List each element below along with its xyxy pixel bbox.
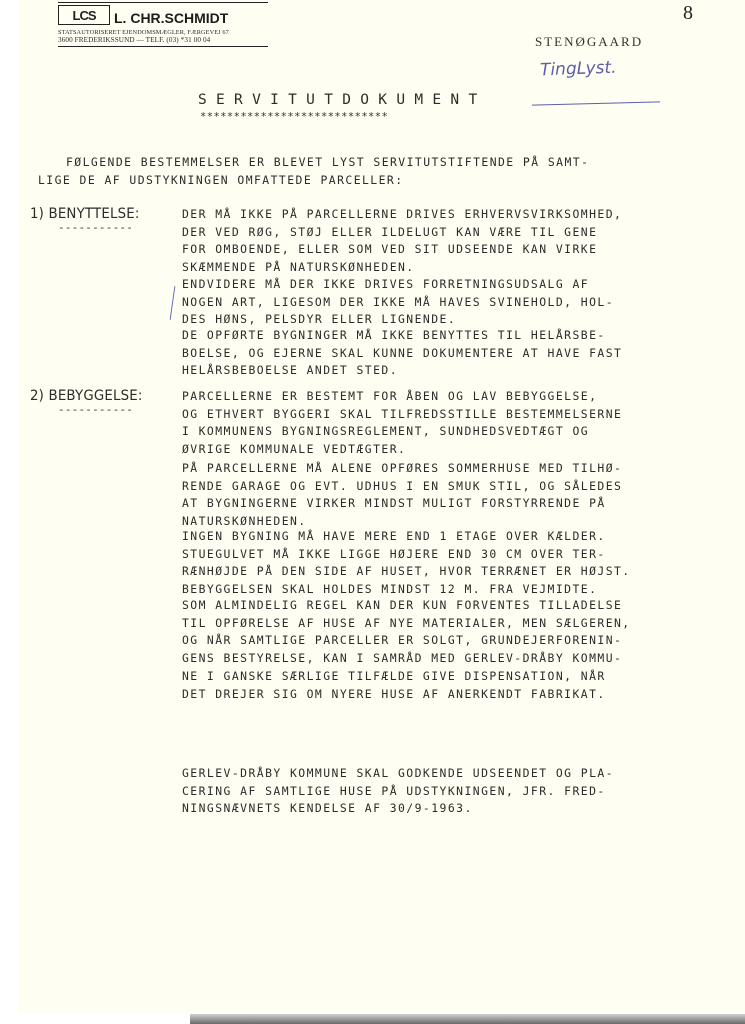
text-line: INGEN BYGNING MÅ HAVE MERE END 1 ETAGE O… <box>182 528 631 546</box>
text-line: HELÅRSBEBOELSE ANDET STED. <box>182 362 622 380</box>
text-line: DER MÅ IKKE PÅ PARCELLERNE DRIVES ERHVER… <box>182 206 622 224</box>
paragraph: SOM ALMINDELIG REGEL KAN DER KUN FORVENT… <box>182 597 631 703</box>
page-number: 8 <box>683 2 693 25</box>
paragraph: PARCELLERNE ER BESTEMT FOR ÅBEN OG LAV B… <box>182 388 622 459</box>
intro-line: FØLGENDE BESTEMMELSER ER BLEVET LYST SER… <box>38 154 589 172</box>
intro-line: LIGE DE AF UDSTYKNINGEN OMFATTEDE PARCEL… <box>38 172 589 190</box>
letterhead-phone: 3600 FREDERIKSSUND — TELF. (03) *31 00 0… <box>58 36 268 47</box>
document-title: SERVITUTDOKUMENT <box>198 92 486 108</box>
handwritten-note: TingLyst. <box>540 58 617 81</box>
paragraph: PÅ PARCELLERNE MÅ ALENE OPFØRES SOMMERHU… <box>182 460 622 531</box>
section-label-underline: ----------- <box>58 221 133 234</box>
estate-name-stamp: STENØGAARD <box>535 34 643 50</box>
text-line: DET DREJER SIG OM NYERE HUSE AF ANERKEND… <box>182 686 631 704</box>
text-line: NE I GANSKE SÆRLIGE TILFÆLDE GIVE DISPEN… <box>182 668 631 686</box>
paragraph: DER MÅ IKKE PÅ PARCELLERNE DRIVES ERHVER… <box>182 206 622 277</box>
text-line: SOM ALMINDELIG REGEL KAN DER KUN FORVENT… <box>182 597 631 615</box>
text-line: DER VED RØG, STØJ ELLER ILDELUGT KAN VÆR… <box>182 224 622 242</box>
text-line: GERLEV-DRÅBY KOMMUNE SKAL GODKENDE UDSEE… <box>182 765 614 783</box>
firm-name: L. CHR.SCHMIDT <box>114 11 228 25</box>
text-line: DE OPFØRTE BYGNINGER MÅ IKKE BENYTTES TI… <box>182 327 622 345</box>
paragraph: ENDVIDERE MÅ DER IKKE DRIVES FORRETNINGS… <box>182 276 614 329</box>
text-line: SKÆMMENDE PÅ NATURSKØNHEDEN. <box>182 259 622 277</box>
text-line: PÅ PARCELLERNE MÅ ALENE OPFØRES SOMMERHU… <box>182 460 622 478</box>
company-logo-icon: LCS <box>58 5 110 25</box>
paragraph: DE OPFØRTE BYGNINGER MÅ IKKE BENYTTES TI… <box>182 327 622 380</box>
letterhead-address: STATSAUTORISERET EJENDOMSMÆGLER, FÆRGEVE… <box>58 29 268 36</box>
text-line: TIL OPFØRELSE AF HUSE AF NYE MATERIALER,… <box>182 615 631 633</box>
text-line: ENDVIDERE MÅ DER IKKE DRIVES FORRETNINGS… <box>182 276 614 294</box>
text-line: ØVRIGE KOMMUNALE VEDTÆGTER. <box>182 441 622 459</box>
text-line: FOR OMBOENDE, ELLER SOM VED SIT UDSEENDE… <box>182 241 622 259</box>
intro-paragraph: FØLGENDE BESTEMMELSER ER BLEVET LYST SER… <box>38 154 589 189</box>
closing-paragraph: GERLEV-DRÅBY KOMMUNE SKAL GODKENDE UDSEE… <box>182 765 614 818</box>
text-line: AT BYGNINGERNE VIRKER MINDST MULIGT FORS… <box>182 495 622 513</box>
text-line: CERING AF SAMTLIGE HUSE PÅ UDSTYKNINGEN,… <box>182 783 614 801</box>
text-line: PARCELLERNE ER BESTEMT FOR ÅBEN OG LAV B… <box>182 388 622 406</box>
text-line: RENDE GARAGE OG EVT. UDHUS I EN SMUK STI… <box>182 478 622 496</box>
text-line: NOGEN ART, LIGESOM DER IKKE MÅ HAVES SVI… <box>182 294 614 312</box>
paragraph: INGEN BYGNING MÅ HAVE MERE END 1 ETAGE O… <box>182 528 631 599</box>
text-line: GENS BESTYRELSE, KAN I SAMRÅD MED GERLEV… <box>182 650 631 668</box>
letterhead: LCS L. CHR.SCHMIDT STATSAUTORISERET EJEN… <box>58 2 268 47</box>
section-label-underline: ----------- <box>58 403 133 416</box>
text-line: OG ETHVERT BYGGERI SKAL TILFREDSSTILLE B… <box>182 406 622 424</box>
text-line: I KOMMUNENS BYGNINGSREGLEMENT, SUNDHEDSV… <box>182 423 622 441</box>
section-label-bebyggelse: 2) BEBYGGELSE: <box>30 388 143 404</box>
title-underline: **************************** <box>200 111 388 123</box>
section-label-benyttelse: 1) BENYTTELSE: <box>30 206 140 222</box>
text-line: RÆNHØJDE PÅ DEN SIDE AF HUSET, HVOR TERR… <box>182 563 631 581</box>
text-line: STUEGULVET MÅ IKKE LIGGE HØJERE END 30 C… <box>182 546 631 564</box>
text-line: NINGSNÆVNETS KENDELSE AF 30/9-1963. <box>182 800 614 818</box>
text-line: OG NÅR SAMTLIGE PARCELLER ER SOLGT, GRUN… <box>182 632 631 650</box>
scanner-edge <box>190 1014 745 1024</box>
text-line: BOELSE, OG EJERNE SKAL KUNNE DOKUMENTERE… <box>182 345 622 363</box>
